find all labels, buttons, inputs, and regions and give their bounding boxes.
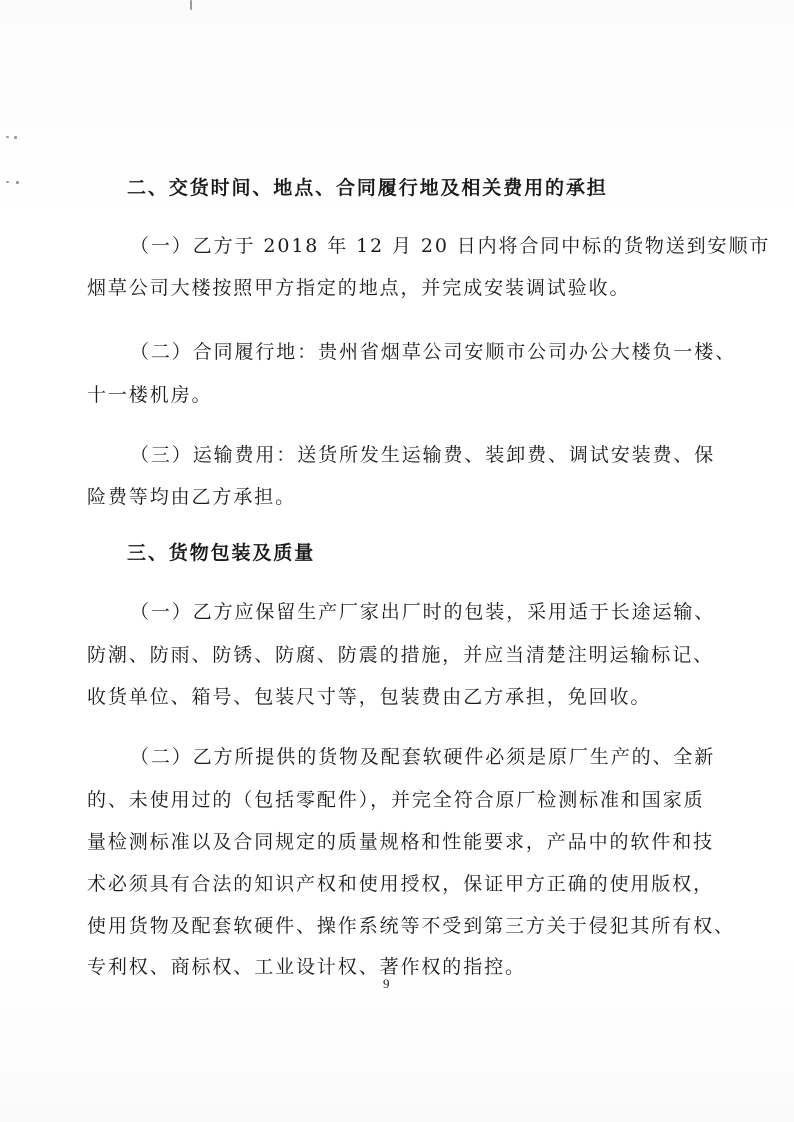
scan-artifact bbox=[6, 181, 9, 183]
paragraph-line: （一）乙方于 2018 年 12 月 20 日内将合同中标的货物送到安顺市 bbox=[130, 234, 770, 258]
paragraph-line: 量检测标准以及合同规定的质量规格和性能要求，产品中的软件和技 bbox=[87, 830, 714, 854]
paragraph-line: 收货单位、箱号、包装尺寸等，包装费由乙方承担，免回收。 bbox=[87, 685, 651, 709]
paragraph-line: （一）乙方应保留生产厂家出厂时的包装，采用适于长途运输、 bbox=[130, 600, 715, 624]
paragraph-line: 烟草公司大楼按照甲方指定的地点，并完成安装调试验收。 bbox=[87, 276, 630, 300]
scan-artifact bbox=[16, 181, 19, 184]
paragraph-line: 专利权、商标权、工业设计权、著作权的指控。 bbox=[87, 955, 526, 979]
paragraph-line: 使用货物及配套软硬件、操作系统等不受到第三方关于侵犯其所有权、 bbox=[87, 914, 735, 938]
section-heading-packaging: 三、货物包装及质量 bbox=[127, 541, 315, 565]
scan-artifact bbox=[190, 0, 192, 10]
page-number: 9 bbox=[383, 976, 390, 992]
document-page: 二、交货时间、地点、合同履行地及相关费用的承担 （一）乙方于 2018 年 12… bbox=[0, 0, 794, 1122]
paragraph-line: 术必须具有合法的知识产权和使用授权，保证甲方正确的使用版权， bbox=[87, 872, 714, 896]
section-heading-delivery: 二、交货时间、地点、合同履行地及相关费用的承担 bbox=[127, 176, 608, 200]
paragraph-line: （二）合同履行地：贵州省烟草公司安顺市公司办公大楼负一楼、 bbox=[130, 340, 736, 364]
scan-artifact bbox=[6, 136, 9, 138]
paragraph-line: 十一楼机房。 bbox=[87, 383, 212, 407]
paragraph-line: （三）运输费用：送货所发生运输费、装卸费、调试安装费、保 bbox=[130, 443, 715, 467]
paragraph-line: 防潮、防雨、防锈、防腐、防震的措施，并应当清楚注明运输标记、 bbox=[87, 643, 714, 667]
paragraph-line: （二）乙方所提供的货物及配套软硬件必须是原厂生产的、全新 bbox=[130, 745, 715, 769]
paragraph-line: 的、未使用过的（包括零配件），并完全符合原厂检测标准和国家质 bbox=[87, 788, 705, 812]
scan-artifact bbox=[14, 136, 17, 139]
paragraph-line: 险费等均由乙方承担。 bbox=[87, 485, 296, 509]
